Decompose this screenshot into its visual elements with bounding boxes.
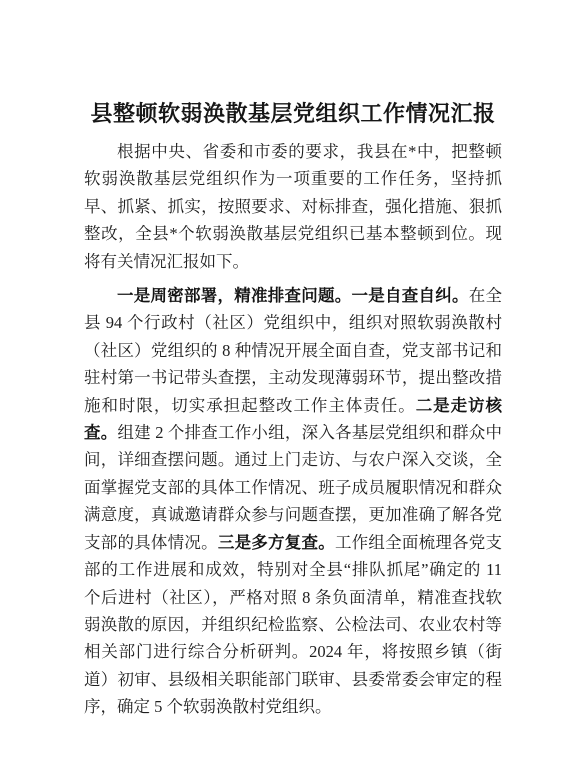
document-title: 县整顿软弱涣散基层党组织工作情况汇报 [0, 0, 586, 128]
paragraph-lead-text: 一是自查自纠。 [352, 286, 469, 305]
paragraph-lead-text: 三是多方复查。 [218, 533, 335, 552]
document-page: 县整顿软弱涣散基层党组织工作情况汇报 根据中央、省委和市委的要求，我县在*中，把… [0, 0, 586, 759]
document-body: 根据中央、省委和市委的要求，我县在*中，把整顿软弱涣散基层党组织作为一项重要的工… [84, 138, 502, 721]
paragraph-text: 工作组全面梳理各党支部的工作进展和成效，特别对全县“排队抓尾”确定的 11 个后… [84, 533, 502, 716]
paragraph: 根据中央、省委和市委的要求，我县在*中，把整顿软弱涣散基层党组织作为一项重要的工… [84, 138, 502, 275]
paragraph-lead-text: 一是周密部署，精准排查问题。 [117, 286, 352, 305]
paragraph: 一是周密部署，精准排查问题。一是自查自纠。在全县 94 个行政村（社区）党组织中… [84, 282, 502, 721]
paragraph-text: 根据中央、省委和市委的要求，我县在*中，把整顿软弱涣散基层党组织作为一项重要的工… [84, 142, 502, 271]
